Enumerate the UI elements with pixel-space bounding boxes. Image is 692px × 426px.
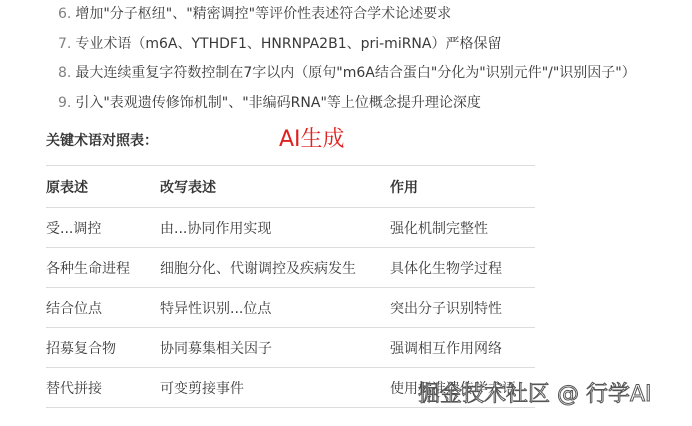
cell-rewritten: 协同募集相关因子 (160, 328, 390, 368)
cell-rewritten: 由...协同作用实现 (160, 208, 390, 248)
column-header-rewritten: 改写表述 (160, 166, 390, 208)
table-row: 招募复合物 协同募集相关因子 强调相互作用网络 (46, 328, 535, 368)
list-text: 增加"分子枢纽"、"精密调控"等评价性表述符合学术论述要求 (75, 6, 451, 22)
list-text: 最大连续重复字符数控制在7字以内（原句"m6A结合蛋白"分化为"识别元件"/"识… (75, 65, 635, 81)
term-comparison-table: 原表述 改写表述 作用 受...调控 由...协同作用实现 强化机制完整性 各种… (46, 165, 535, 408)
ai-generated-label: AI生成 (279, 124, 345, 156)
cell-original: 受...调控 (46, 208, 160, 248)
cell-purpose: 强化机制完整性 (390, 208, 535, 248)
column-header-purpose: 作用 (390, 166, 535, 208)
requirements-list: 6.增加"分子枢纽"、"精密调控"等评价性表述符合学术论述要求 7.专业术语（m… (58, 0, 692, 118)
cell-purpose: 具体化生物学过程 (390, 248, 535, 288)
list-number: 7. (58, 36, 71, 52)
list-number: 9. (58, 95, 71, 111)
cell-rewritten: 细胞分化、代谢调控及疾病发生 (160, 248, 390, 288)
cell-purpose: 突出分子识别特性 (390, 288, 535, 328)
section-title: 关键术语对照表： (46, 131, 158, 151)
table-header-row: 原表述 改写表述 作用 (46, 166, 535, 208)
cell-purpose: 强调相互作用网络 (390, 328, 535, 368)
list-text: 引入"表观遗传修饰机制"、"非编码RNA"等上位概念提升理论深度 (75, 95, 481, 111)
list-item: 8.最大连续重复字符数控制在7字以内（原句"m6A结合蛋白"分化为"识别元件"/… (58, 59, 692, 89)
cell-original: 招募复合物 (46, 328, 160, 368)
list-item: 7.专业术语（m6A、YTHDF1、HNRNPA2B1、pri-miRNA）严格… (58, 30, 692, 60)
cell-original: 结合位点 (46, 288, 160, 328)
table-row: 各种生命进程 细胞分化、代谢调控及疾病发生 具体化生物学过程 (46, 248, 535, 288)
list-item: 9.引入"表观遗传修饰机制"、"非编码RNA"等上位概念提升理论深度 (58, 89, 692, 119)
watermark: 掘金技术社区 @ 行学AI (418, 380, 652, 410)
cell-original: 各种生命进程 (46, 248, 160, 288)
list-number: 6. (58, 6, 71, 22)
cell-rewritten: 特异性识别...位点 (160, 288, 390, 328)
cell-original: 替代拼接 (46, 368, 160, 408)
cell-rewritten: 可变剪接事件 (160, 368, 390, 408)
table-row: 结合位点 特异性识别...位点 突出分子识别特性 (46, 288, 535, 328)
column-header-original: 原表述 (46, 166, 160, 208)
list-item: 6.增加"分子枢纽"、"精密调控"等评价性表述符合学术论述要求 (58, 0, 692, 30)
list-text: 专业术语（m6A、YTHDF1、HNRNPA2B1、pri-miRNA）严格保留 (75, 36, 501, 52)
table-row: 受...调控 由...协同作用实现 强化机制完整性 (46, 208, 535, 248)
list-number: 8. (58, 65, 71, 81)
